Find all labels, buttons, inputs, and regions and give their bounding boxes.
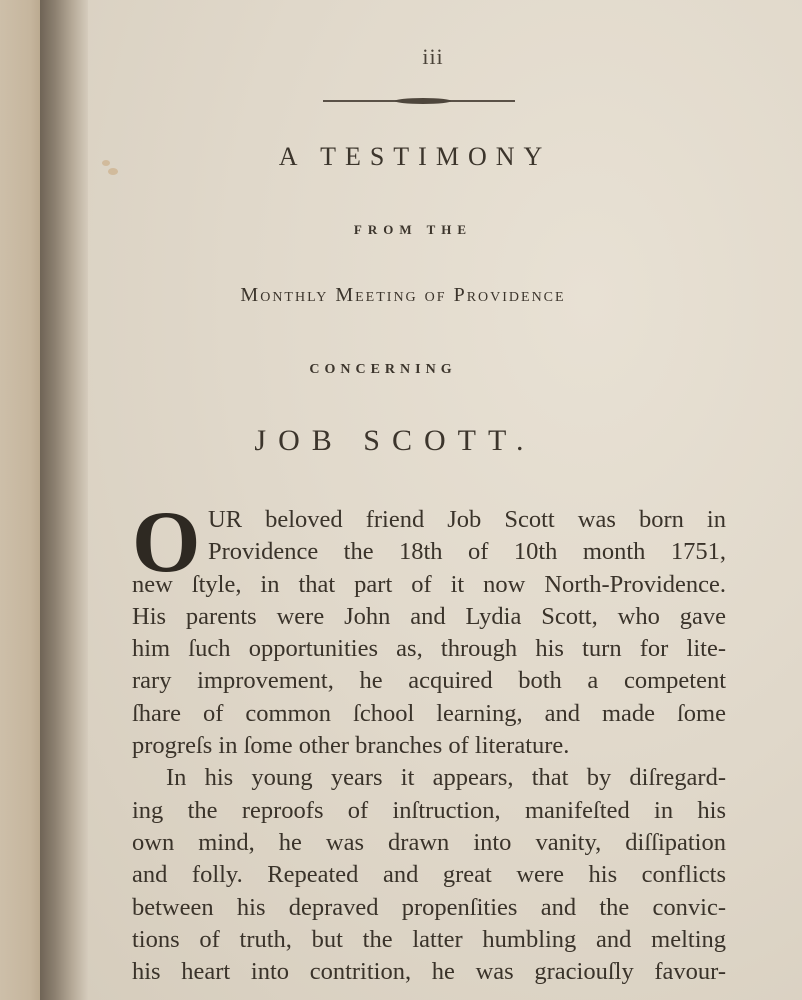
subject-name: JOB SCOTT. <box>38 424 752 458</box>
text-line: new ſtyle, in that part of it now North-… <box>132 569 726 601</box>
text-line: rary improvement, he acquired both a com… <box>132 665 726 697</box>
body-text: UR beloved friend Job Scott was born in … <box>132 504 726 988</box>
text-line: Providence the 18th of 10th month 1751, <box>132 536 726 568</box>
text-line: progreſs in ſome other branches of liter… <box>132 730 726 762</box>
page-number: iii <box>76 44 790 70</box>
text-line: ſhare of common ſchool learning, and mad… <box>132 698 726 730</box>
text-line: his heart into contrition, he was gracio… <box>132 956 726 988</box>
text-line: and folly. Repeated and great were his c… <box>132 859 726 891</box>
text-line: tions of truth, but the latter humbling … <box>132 924 726 956</box>
text-line: UR beloved friend Job Scott was born in <box>132 504 726 536</box>
text-line: ing the reproofs of inſtruction, manifeſ… <box>132 795 726 827</box>
text-line: own mind, he was drawn into vanity, diſſ… <box>132 827 726 859</box>
text-line: In his young years it appears, that by d… <box>132 762 726 794</box>
ornamental-rule <box>323 98 515 104</box>
subtitle-from: FROM THE <box>56 222 770 238</box>
facing-page-edge <box>0 0 42 1000</box>
text-line: between his depraved propenſities and th… <box>132 892 726 924</box>
page-title: A TESTIMONY <box>58 142 772 172</box>
subtitle-concerning: CONCERNING <box>26 362 740 378</box>
text-line: His parents were John and Lydia Scott, w… <box>132 601 726 633</box>
text-line: him ſuch opportunities as, through his t… <box>132 633 726 665</box>
subtitle-meeting: Monthly Meeting of Providence <box>46 284 760 307</box>
